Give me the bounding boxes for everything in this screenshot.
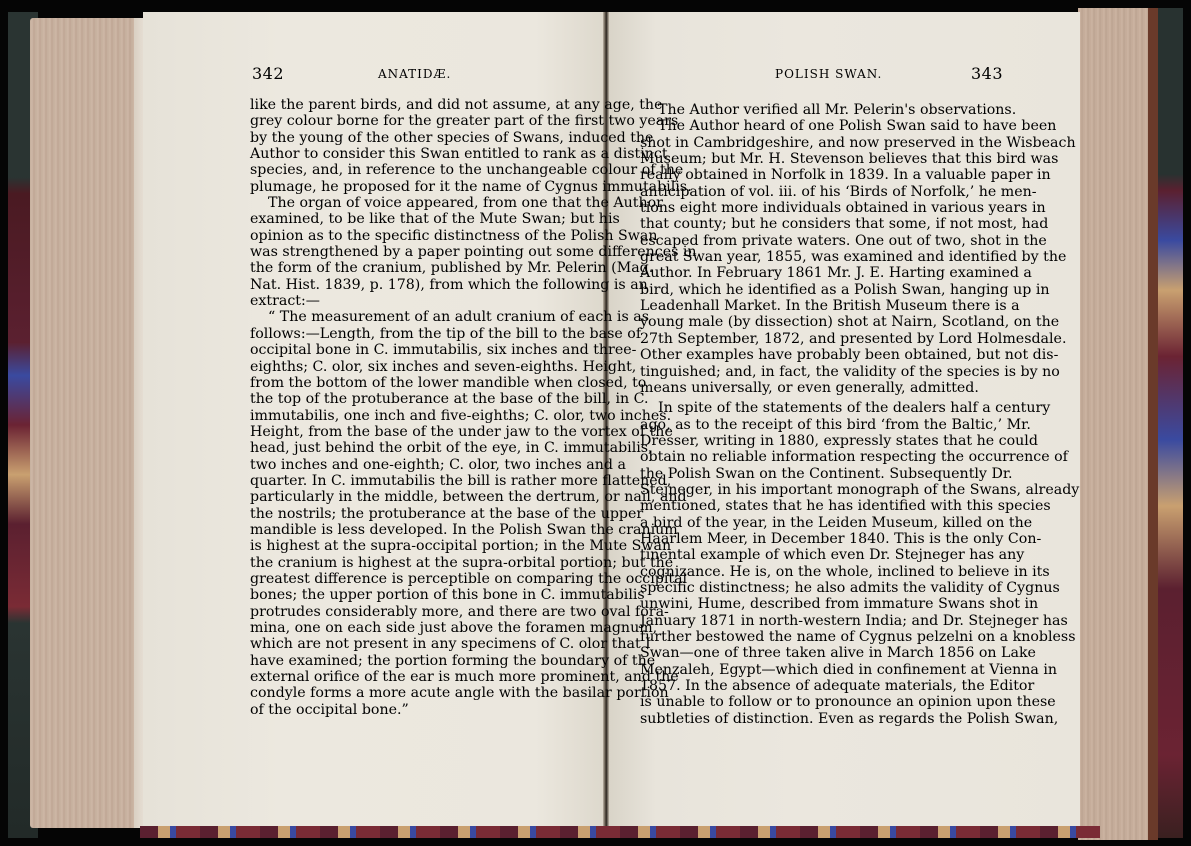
text-line: is highest at the supra-occipital portio… — [250, 538, 588, 554]
text-line: cognizance. He is, on the whole, incline… — [640, 564, 973, 580]
text-line: Leadenhall Market. In the British Museum… — [640, 298, 973, 314]
text-line: the nostrils; the protuberance at the ba… — [250, 506, 588, 522]
text-line: the form of the cranium, published by Mr… — [250, 260, 588, 276]
text-line: The organ of voice appeared, from one th… — [250, 195, 588, 211]
text-line: Other examples have probably been obtain… — [640, 347, 973, 363]
text-line: protrudes considerably more, and there a… — [250, 604, 588, 620]
text-line: means universally, or even generally, ad… — [640, 380, 973, 396]
text-line: like the parent birds, and did not assum… — [250, 97, 588, 113]
text-line: of the occipital bone.” — [250, 702, 588, 718]
text-line: shot in Cambridgeshire, and now preserve… — [640, 135, 973, 151]
text-line: 1857. In the absence of adequate materia… — [640, 678, 973, 694]
page-edges-right — [1078, 8, 1158, 840]
text-line: the Polish Swan on the Continent. Subseq… — [640, 466, 973, 482]
left-page-number: 342 — [252, 64, 284, 83]
text-line: specific distinctness; he also admits th… — [640, 580, 973, 596]
text-line: The Author heard of one Polish Swan said… — [640, 118, 973, 134]
text-line: external orifice of the ear is much more… — [250, 669, 588, 685]
text-line: great Swan year, 1855, was examined and … — [640, 249, 973, 265]
text-line: the cranium is highest at the supra-orbi… — [250, 555, 588, 571]
text-line: opinion as to the specific distinctness … — [250, 228, 588, 244]
text-line: The Author verified all Mr. Pelerin's ob… — [640, 102, 973, 118]
text-line: quarter. In C. immutabilis the bill is r… — [250, 473, 588, 489]
text-line: anticipation of vol. iii. of his ‘Birds … — [640, 184, 973, 200]
text-line: “ The measurement of an adult cranium of… — [250, 309, 588, 325]
text-line: from the bottom of the lower mandible wh… — [250, 375, 588, 391]
right-running-head: POLISH SWAN. — [775, 67, 882, 81]
text-line: mina, one on each side just above the fo… — [250, 620, 588, 636]
text-line: particularly in the middle, between the … — [250, 489, 588, 505]
text-line: In spite of the statements of the dealer… — [640, 400, 973, 416]
text-line: examined, to be like that of the Mute Sw… — [250, 211, 588, 227]
text-line: two inches and one-eighth; C. olor, two … — [250, 457, 588, 473]
text-line: Stejneger, in his important monograph of… — [640, 482, 973, 498]
text-line: which are not present in any specimens o… — [250, 636, 588, 652]
text-line: obtain no reliable information respectin… — [640, 449, 973, 465]
text-line: Height, from the base of the under jaw t… — [250, 424, 588, 440]
text-line: follows:—Length, from the tip of the bil… — [250, 326, 588, 342]
text-line: mentioned, states that he has identified… — [640, 498, 973, 514]
text-line: unwini, Hume, described from immature Sw… — [640, 596, 973, 612]
right-page-body: The Author verified all Mr. Pelerin's ob… — [640, 102, 973, 727]
right-page-number: 343 — [971, 64, 1003, 83]
text-line: by the young of the other species of Swa… — [250, 130, 588, 146]
text-line: eighths; C. olor, six inches and seven-e… — [250, 359, 588, 375]
text-line: tinguished; and, in fact, the validity o… — [640, 364, 973, 380]
text-line: bones; the upper portion of this bone in… — [250, 587, 588, 603]
text-line: head, just behind the orbit of the eye, … — [250, 440, 588, 456]
text-line: extract:— — [250, 293, 588, 309]
text-line: occipital bone in C. immutabilis, six in… — [250, 342, 588, 358]
text-line: Nat. Hist. 1839, p. 178), from which the… — [250, 277, 588, 293]
text-line: tinental example of which even Dr. Stejn… — [640, 547, 973, 563]
text-line: plumage, he proposed for it the name of … — [250, 179, 588, 195]
text-line: escaped from private waters. One out of … — [640, 233, 973, 249]
text-line: grey colour borne for the greater part o… — [250, 113, 588, 129]
page-edges-left — [30, 18, 148, 828]
text-line: Author to consider this Swan entitled to… — [250, 146, 588, 162]
marbled-edge-bottom — [140, 826, 1100, 838]
text-line: Museum; but Mr. H. Stevenson believes th… — [640, 151, 973, 167]
text-line: really obtained in Norfolk in 1839. In a… — [640, 167, 973, 183]
text-line: 27th September, 1872, and presented by L… — [640, 331, 973, 347]
text-line: further bestowed the name of Cygnus pelz… — [640, 629, 973, 645]
text-line: a bird of the year, in the Leiden Museum… — [640, 515, 973, 531]
text-line: bird, which he identified as a Polish Sw… — [640, 282, 973, 298]
left-page-body: like the parent birds, and did not assum… — [250, 97, 588, 718]
text-line: is unable to follow or to pronounce an o… — [640, 694, 973, 710]
text-line: have examined; the portion forming the b… — [250, 653, 588, 669]
text-line: that county; but he considers that some,… — [640, 216, 973, 232]
text-line: Dresser, writing in 1880, expressly stat… — [640, 433, 973, 449]
text-line: January 1871 in north-western India; and… — [640, 613, 973, 629]
text-line: the top of the protuberance at the base … — [250, 391, 588, 407]
text-line: tions eight more individuals obtained in… — [640, 200, 973, 216]
text-line: subtleties of distinction. Even as regar… — [640, 711, 973, 727]
text-line: Menzaleh, Egypt—which died in confinemen… — [640, 662, 973, 678]
text-line: condyle forms a more acute angle with th… — [250, 685, 588, 701]
text-line: Swan—one of three taken alive in March 1… — [640, 645, 973, 661]
text-line: Author. In February 1861 Mr. J. E. Harti… — [640, 265, 973, 281]
text-line: was strengthened by a paper pointing out… — [250, 244, 588, 260]
text-line: immutabilis, one inch and five-eighths; … — [250, 408, 588, 424]
text-line: greatest difference is perceptible on co… — [250, 571, 588, 587]
text-line: species, and, in reference to the unchan… — [250, 162, 588, 178]
text-line: Haarlem Meer, in December 1840. This is … — [640, 531, 973, 547]
text-line: ago, as to the receipt of this bird ‘fro… — [640, 417, 973, 433]
text-line: young male (by dissection) shot at Nairn… — [640, 314, 973, 330]
text-line: mandible is less developed. In the Polis… — [250, 522, 588, 538]
left-running-head: ANATIDÆ. — [378, 67, 451, 81]
